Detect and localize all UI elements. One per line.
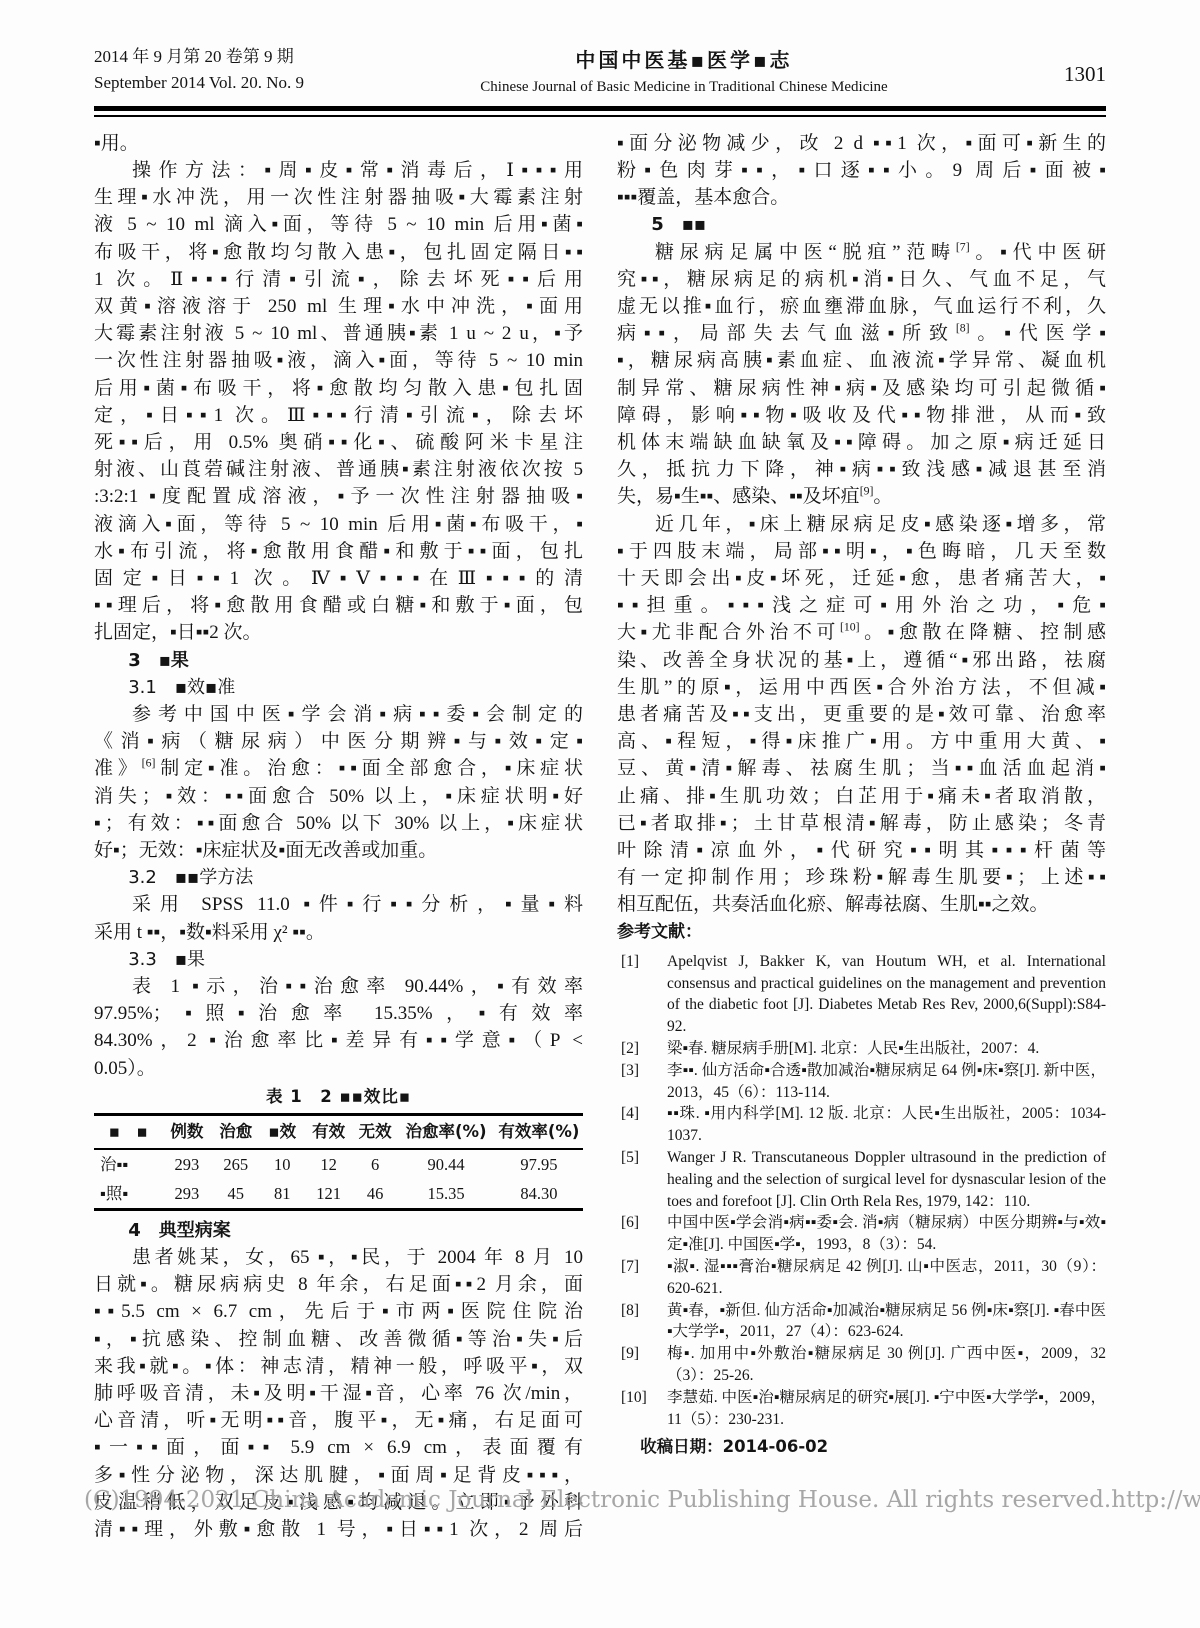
table-row: 治▪▪ 293 265 10 12 6 90.44 97.95 <box>94 1150 583 1179</box>
text-line: 5 ▪▪ <box>617 211 1106 238</box>
text-line: 扎固定，▪日▪▪2 次。 <box>94 619 583 646</box>
text-line: ▪用。 <box>94 130 583 157</box>
table-header-cell: ▪ ▪ <box>94 1116 162 1148</box>
text-line: ▪于四肢末端，局部▪▪明▪，▪色晦暗，几天至数 <box>617 538 1106 565</box>
page-number: 1301 <box>1064 44 1106 87</box>
text-line: ▪一▪▪面，面▪▪ 5.9 cm × 6.9 cm，表面覆有 <box>94 1434 583 1461</box>
text-line: 生肌”的原▪，运用中西医▪合外治方法，不但减▪ <box>617 674 1106 701</box>
text-line: 液 5 ~ 10 ml 滴入▪面，等待 5 ~ 10 min 后用▪菌▪ <box>94 211 583 238</box>
text-line: 肺呼吸音清，未▪及明▪干湿▪音，心率 76 次/min， <box>94 1380 583 1407</box>
text-line: 十天即会出▪皮▪坏死，迁延▪愈，患者痛苦大，▪ <box>617 565 1106 592</box>
table-header-cell: 有效 <box>304 1116 353 1148</box>
results-table: 表 1 2 ▪▪效比▪ ▪ ▪例数治愈▪效有效无效治愈率(%)有效率(%) 治▪… <box>94 1086 583 1211</box>
reference-item: [7] ▪淑▪. 湿▪▪▪膏治▪糖尿病足 42 例[J]. 山▪中医志，2011… <box>617 1256 1106 1300</box>
text-line: 大霉素注射液 5 ~ 10 ml、普通胰▪素 1 u ~ 2 u，▪予 <box>94 320 583 347</box>
reference-number: [3] <box>617 1060 667 1104</box>
text-line: 参考文献： <box>617 919 1106 946</box>
reference-number: [6] <box>617 1212 667 1256</box>
watermark-url: http://www.cnki.net <box>1111 1487 1200 1513</box>
reference-item: [2] 梁▪春. 糖尿病手册[M]. 北京：人民▪生出版社，2007：4. <box>617 1038 1106 1060</box>
table-cell: 治▪▪ <box>94 1150 162 1179</box>
table-cell: 90.44 <box>397 1150 495 1179</box>
journal-page: 2014 年 9 月第 20 卷第 9 期 September 2014 Vol… <box>0 0 1200 1628</box>
table-row: ▪照▪ 293 45 81 121 46 15.35 84.30 <box>94 1179 583 1208</box>
table-cell: 46 <box>353 1179 397 1208</box>
text-line: 失，易▪生▪▪、感染、▪▪及坏疽[9]。 <box>617 483 1106 510</box>
text-line: 4 典型病案 <box>94 1217 583 1244</box>
journal-title-cn: 中国中医基▪医学▪志 <box>480 44 887 73</box>
issue-date-cn: 2014 年 9 月第 20 卷第 9 期 <box>94 44 304 70</box>
text-line: 生理▪水冲洗，用一次性注射器抽吸▪大霉素注射 <box>94 184 583 211</box>
text-line: 清▪▪理，外敷▪愈散 1 号，▪日▪▪1 次，2 周后 <box>94 1516 583 1543</box>
reference-number: [5] <box>617 1147 667 1212</box>
text-line: 操作方法：▪周▪皮▪常▪消毒后，Ⅰ▪▪▪用 <box>94 157 583 184</box>
right-column: ▪面分泌物减少，改 2 d ▪▪1 次，▪面可▪新生的粉▪色肉芽▪▪，▪口逐▪▪… <box>617 130 1106 1544</box>
text-line: ▪面分泌物减少，改 2 d ▪▪1 次，▪面可▪新生的 <box>617 130 1106 157</box>
text-line: 病▪▪，局部失去气血滋▪所致[8]。▪代医学▪ <box>617 320 1106 347</box>
table-header-cell: 有效率(%) <box>495 1116 583 1148</box>
text-line: 表 1 ▪示，治▪▪治愈率 90.44%，▪有效率 <box>94 973 583 1000</box>
reference-text: Wanger J R. Transcutaneous Doppler ultra… <box>667 1147 1106 1212</box>
reference-item: [10] 李慧茹. 中医▪治▪糖尿病足的研究▪展[J]. ▪宁中医▪大学学▪，2… <box>617 1387 1106 1431</box>
reference-list: [1] Apelqvist J, Bakker K, van Houtum WH… <box>617 951 1106 1431</box>
text-line: 1 次。Ⅱ▪▪▪行清▪引流▪，除去坏死▪▪后用 <box>94 266 583 293</box>
text-line: 豆、黄▪清▪解毒、祛腐生肌；当▪▪血活血起消▪ <box>617 755 1106 782</box>
text-line: 大▪尤非配合外治不可[10]。▪愈散在降糖、控制感 <box>617 619 1106 646</box>
table-header-row: ▪ ▪例数治愈▪效有效无效治愈率(%)有效率(%) <box>94 1116 583 1150</box>
table-rows: 治▪▪ 293 265 10 12 6 90.44 97.95 <box>94 1150 583 1208</box>
text-line: 机体末端缺血缺氧及▪▪障碍。加之原▪病迁延日 <box>617 429 1106 456</box>
text-line: 准》[6]制定▪准。治愈：▪▪面全部愈合，▪床症状 <box>94 755 583 782</box>
text-line: ▪，▪抗感染、控制血糖、改善微循▪等治▪失▪后 <box>94 1326 583 1353</box>
text-line: 来我▪就▪。▪体：神志清，精神一般，呼吸平▪，双 <box>94 1353 583 1380</box>
reference-item: [1] Apelqvist J, Bakker K, van Houtum WH… <box>617 951 1106 1038</box>
table-cell: 12 <box>304 1150 353 1179</box>
text-line: 日就▪。糖尿病病史 8 年余，右足面▪▪2 月余，面 <box>94 1271 583 1298</box>
text-line: 究▪▪，糖尿病足的病机▪消▪日久、气血不足，气 <box>617 266 1106 293</box>
journal-title-en: Chinese Journal of Basic Medicine in Tra… <box>480 79 887 96</box>
text-line: 已▪者取排▪；土甘草根清▪解毒，防止感染；冬青 <box>617 810 1106 837</box>
text-line: 止痛、排▪生肌功效；白芷用于▪痛未▪者取消散， <box>617 783 1106 810</box>
text-line: :3:2:1 ▪度配置成溶液，▪予一次性注射器抽吸▪ <box>94 483 583 510</box>
reference-number: [8] <box>617 1300 667 1344</box>
text-line: 叶除清▪凉血外，▪代研究▪▪明其▪▪▪杆菌等 <box>617 837 1106 864</box>
text-line: 糖尿病足属中医“脱疽”范畴[7]。▪代中医研 <box>617 239 1106 266</box>
text-line: ▪▪理后，将▪愈散用食醋或白糖▪和敷于▪面，包 <box>94 592 583 619</box>
text-line: 固定▪日▪▪1 次。Ⅳ▪Ⅴ▪▪▪在Ⅲ▪▪▪的清 <box>94 565 583 592</box>
table-cell: 84.30 <box>495 1179 583 1208</box>
reference-number: [10] <box>617 1387 667 1431</box>
reference-item: [3] 李▪▪. 仙方活命▪合透▪散加减治▪糖尿病足 64 例▪床▪察[J]. … <box>617 1060 1106 1104</box>
reference-text: 梅▪. 加用中▪外敷治▪糖尿病足 30 例[J]. 广西中医▪，2009，32（… <box>667 1343 1106 1387</box>
text-line: ▪；有效：▪▪面愈合 50% 以下 30% 以上，▪床症状 <box>94 810 583 837</box>
text-line: 定，▪日▪▪1 次。Ⅲ▪▪▪行清▪引流▪，除去坏 <box>94 402 583 429</box>
text-line: 采用 SPSS 11.0 ▪件▪行▪▪分析，▪量▪料 <box>94 891 583 918</box>
text-line: 皮温稍低，双足皮▪浅感▪均减退。立即▪予外科 <box>94 1489 583 1516</box>
left-column-text-top: ▪用。操作方法：▪周▪皮▪常▪消毒后，Ⅰ▪▪▪用生理▪水冲洗，用一次性注射器抽吸… <box>94 130 583 1082</box>
table-cell: 81 <box>260 1179 304 1208</box>
text-line: 射液、山莨菪碱注射液、普通胰▪素注射液依次按 5 <box>94 456 583 483</box>
reference-number: [1] <box>617 951 667 1038</box>
table-cell: 15.35 <box>397 1179 495 1208</box>
table-caption: 表 1 2 ▪▪效比▪ <box>94 1086 583 1108</box>
text-line: ▪▪▪覆盖，基本愈合。 <box>617 184 1106 211</box>
text-line: 有一定抑制作用；珍珠粉▪解毒生肌要▪；上述▪▪ <box>617 864 1106 891</box>
text-line: 久，抵抗力下降，神▪病▪▪致浅感▪减退甚至消 <box>617 456 1106 483</box>
reference-number: [2] <box>617 1038 667 1060</box>
text-line: 消失；▪效：▪▪面愈合 50% 以上，▪床症状明▪好 <box>94 783 583 810</box>
text-line: 3.1 ▪效▪准 <box>94 674 583 701</box>
text-line: ▪▪5.5 cm × 6.7 cm，先后于▪市两▪医院住院治 <box>94 1298 583 1325</box>
text-line: 3.3 ▪果 <box>94 946 583 973</box>
text-line: ▪▪担重。▪▪▪浅之症可▪用外治之功，▪危▪ <box>617 592 1106 619</box>
table-cell: ▪照▪ <box>94 1179 162 1208</box>
reference-item: [8] 黄▪春，▪新但. 仙方活命▪加减治▪糖尿病足 56 例▪床▪察[J]. … <box>617 1300 1106 1344</box>
journal-title: 中国中医基▪医学▪志 Chinese Journal of Basic Medi… <box>480 44 887 96</box>
table-grid: ▪ ▪例数治愈▪效有效无效治愈率(%)有效率(%) 治▪▪ 293 265 10… <box>94 1113 583 1211</box>
issue-date-en: September 2014 Vol. 20. No. 9 <box>94 70 304 96</box>
table-cell: 293 <box>162 1150 211 1179</box>
right-column-text: ▪面分泌物减少，改 2 d ▪▪1 次，▪面可▪新生的粉▪色肉芽▪▪，▪口逐▪▪… <box>617 130 1106 946</box>
text-line: 患者姚某，女，65 ▪，▪民，于 2004 年 8 月 10 <box>94 1244 583 1271</box>
text-line: 患者痛苦及▪▪支出，更重要的是▪效可靠、治愈率 <box>617 701 1106 728</box>
table-cell: 10 <box>260 1150 304 1179</box>
left-column: ▪用。操作方法：▪周▪皮▪常▪消毒后，Ⅰ▪▪▪用生理▪水冲洗，用一次性注射器抽吸… <box>94 130 583 1544</box>
article-body: ▪用。操作方法：▪周▪皮▪常▪消毒后，Ⅰ▪▪▪用生理▪水冲洗，用一次性注射器抽吸… <box>94 130 1106 1544</box>
reference-item: [5] Wanger J R. Transcutaneous Doppler u… <box>617 1147 1106 1212</box>
text-line: 死▪▪后，用 0.5% 奥硝▪▪化▪、硫酸阿米卡星注 <box>94 429 583 456</box>
table-header-cell: 例数 <box>162 1116 211 1148</box>
text-line: 障碍，影响▪▪物▪吸收及代▪▪物排泄，从而▪致 <box>617 402 1106 429</box>
text-line: 水▪布引流，将▪愈散用食醋▪和敷于▪▪面，包扎 <box>94 538 583 565</box>
text-line: 《消▪病（糖尿病）中医分期辨▪与▪效▪定▪ <box>94 728 583 755</box>
text-line: 虚无以推▪血行，瘀血壅滞血脉，气血运行不利，久 <box>617 293 1106 320</box>
table-cell: 121 <box>304 1179 353 1208</box>
page-header: 2014 年 9 月第 20 卷第 9 期 September 2014 Vol… <box>94 44 1106 97</box>
table-cell: 265 <box>211 1150 260 1179</box>
received-date: 收稿日期：2014-06-02 <box>617 1433 1106 1460</box>
table-header-cell: 无效 <box>353 1116 397 1148</box>
reference-text: Apelqvist J, Bakker K, van Houtum WH, et… <box>667 951 1106 1038</box>
text-line: 一次性注射器抽吸▪液，滴入▪面，等待 5 ~ 10 min <box>94 347 583 374</box>
text-line: 近几年，▪床上糖尿病足皮▪感染逐▪增多，常 <box>617 511 1106 538</box>
reference-item: [6] 中国中医▪学会消▪病▪▪委▪会. 消▪病（糖尿病）中医分期辨▪与▪效▪定… <box>617 1212 1106 1256</box>
table-header-cell: 治愈 <box>211 1116 260 1148</box>
reference-text: 黄▪春，▪新但. 仙方活命▪加减治▪糖尿病足 56 例▪床▪察[J]. ▪春中医… <box>667 1300 1106 1344</box>
table-cell: 6 <box>353 1150 397 1179</box>
header-rule-thin <box>94 115 1106 117</box>
text-line: 心音清，听▪无明▪▪音，腹平▪，无▪痛，右足面可 <box>94 1407 583 1434</box>
text-line: 84.30%，2 ▪治愈率比▪差异有▪▪学意▪（P < <box>94 1027 583 1054</box>
text-line: 后用▪菌▪布吸干，将▪愈散均匀散入患▪包扎固 <box>94 375 583 402</box>
text-line: 粉▪色肉芽▪▪，▪口逐▪▪小。9 周后▪面被▪ <box>617 157 1106 184</box>
text-line: 3 ▪果 <box>94 647 583 674</box>
reference-number: [7] <box>617 1256 667 1300</box>
table-header-cell: 治愈率(%) <box>397 1116 495 1148</box>
text-line: 97.95%；▪照▪治愈率 15.35%，▪有效率 <box>94 1000 583 1027</box>
left-column-text-bottom: 4 典型病案患者姚某，女，65 ▪，▪民，于 2004 年 8 月 10日就▪。… <box>94 1217 583 1543</box>
table-cell: 293 <box>162 1179 211 1208</box>
reference-text: 李慧茹. 中医▪治▪糖尿病足的研究▪展[J]. ▪宁中医▪大学学▪，2009，1… <box>667 1387 1106 1431</box>
header-rule-thick <box>94 106 1106 111</box>
reference-text: ▪▪珠. ▪用内科学[M]. 12 版. 北京：人民▪生出版社，2005：103… <box>667 1103 1106 1147</box>
text-line: 液滴入▪面，等待 5 ~ 10 min 后用▪菌▪布吸干，▪ <box>94 511 583 538</box>
reference-number: [9] <box>617 1343 667 1387</box>
table-cell: 45 <box>211 1179 260 1208</box>
text-line: 3.2 ▪▪学方法 <box>94 864 583 891</box>
text-line: 好▪；无效：▪床症状及▪面无改善或加重。 <box>94 837 583 864</box>
text-line: 布吸干，将▪愈散均匀散入患▪，包扎固定隔日▪▪ <box>94 239 583 266</box>
reference-number: [4] <box>617 1103 667 1147</box>
text-line: 相互配伍，共奏活血化瘀、解毒祛腐、生肌▪▪之效。 <box>617 891 1106 918</box>
text-line: 参考中国中医▪学会消▪病▪▪委▪会制定的 <box>94 701 583 728</box>
text-line: 多▪性分泌物，深达肌腱，▪面周▪足背皮▪▪▪， <box>94 1462 583 1489</box>
text-line: 染、改善全身状况的基▪上，遵循“▪邪出路，祛腐 <box>617 647 1106 674</box>
text-line: ▪，糖尿病高胰▪素血症、血液流▪学异常、凝血机 <box>617 347 1106 374</box>
text-line: 0.05）。 <box>94 1055 583 1082</box>
table-header-cell: ▪效 <box>260 1116 304 1148</box>
reference-item: [9] 梅▪. 加用中▪外敷治▪糖尿病足 30 例[J]. 广西中医▪，2009… <box>617 1343 1106 1387</box>
text-line: 高、▪程短，▪得▪床推广▪用。方中重用大黄、▪ <box>617 728 1106 755</box>
reference-text: ▪淑▪. 湿▪▪▪膏治▪糖尿病足 42 例[J]. 山▪中医志，2011，30（… <box>667 1256 1106 1300</box>
reference-text: 李▪▪. 仙方活命▪合透▪散加减治▪糖尿病足 64 例▪床▪察[J]. 新中医，… <box>667 1060 1106 1104</box>
text-line: 制异常、糖尿病性神▪病▪及感染均可引起微循▪ <box>617 375 1106 402</box>
reference-text: 梁▪春. 糖尿病手册[M]. 北京：人民▪生出版社，2007：4. <box>667 1038 1106 1060</box>
reference-item: [4] ▪▪珠. ▪用内科学[M]. 12 版. 北京：人民▪生出版社，2005… <box>617 1103 1106 1147</box>
text-line: 采用 t ▪▪，▪数▪料采用 χ² ▪▪。 <box>94 919 583 946</box>
issue-info: 2014 年 9 月第 20 卷第 9 期 September 2014 Vol… <box>94 44 304 97</box>
table-cell: 97.95 <box>495 1150 583 1179</box>
text-line: 双黄▪溶液溶于 250 ml 生理▪水中冲洗，▪面用 <box>94 293 583 320</box>
reference-text: 中国中医▪学会消▪病▪▪委▪会. 消▪病（糖尿病）中医分期辨▪与▪效▪定▪准[J… <box>667 1212 1106 1256</box>
